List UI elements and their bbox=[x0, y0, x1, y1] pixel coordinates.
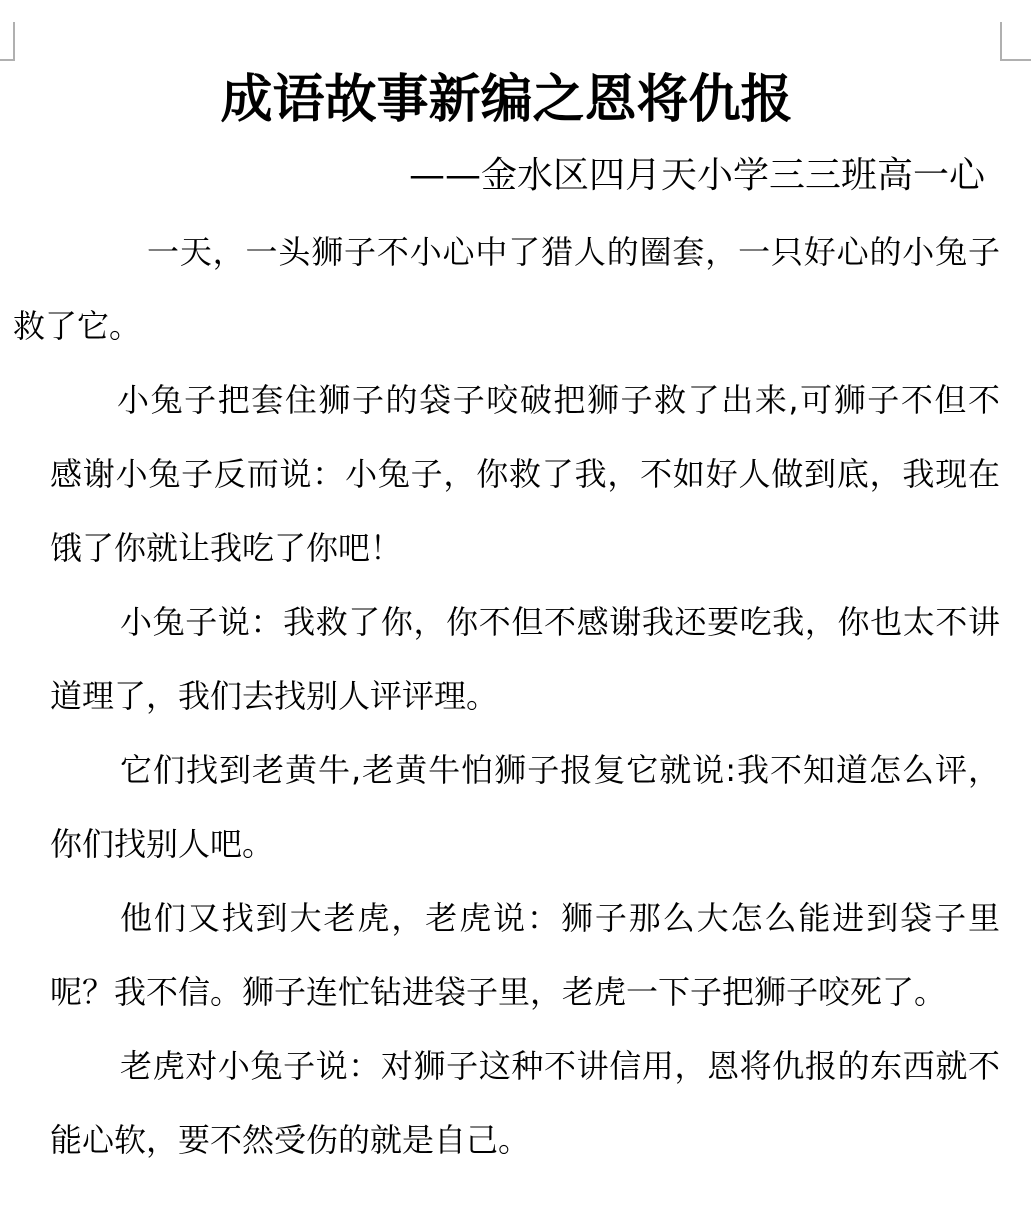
byline: ——金水区四月天小学三三班高一心 bbox=[0, 146, 985, 206]
text-line: 小兔子说：我救了你，你不但不感谢我还要吃我，你也太不讲 bbox=[0, 585, 1031, 659]
text-line: 小兔子把套住狮子的袋子咬破把狮子救了出来,可狮子不但不 bbox=[0, 363, 1031, 437]
page-title: 成语故事新编之恩将仇报 bbox=[13, 55, 1000, 145]
text-line: 你们找别人吧。 bbox=[0, 807, 1031, 881]
text-line: 他们又找到大老虎，老虎说：狮子那么大怎么能进到袋子里 bbox=[0, 881, 1031, 955]
text-line: 它们找到老黄牛,老黄牛怕狮子报复它就说:我不知道怎么评， bbox=[0, 733, 1031, 807]
text-line: 一天，一头狮子不小心中了猎人的圈套，一只好心的小兔子 bbox=[0, 215, 1031, 289]
text-line: 呢？我不信。狮子连忙钻进袋子里，老虎一下子把狮子咬死了。 bbox=[0, 955, 1031, 1029]
text-line: 能心软，要不然受伤的就是自己。 bbox=[0, 1103, 1031, 1177]
document-page: 成语故事新编之恩将仇报 ——金水区四月天小学三三班高一心 一天，一头狮子不小心中… bbox=[0, 0, 1031, 1231]
text-line: 道理了，我们去找别人评评理。 bbox=[0, 659, 1031, 733]
text-line: 救了它。 bbox=[0, 289, 1031, 363]
text-line: 感谢小兔子反而说：小兔子，你救了我，不如好人做到底，我现在 bbox=[0, 437, 1031, 511]
essay-body: 一天，一头狮子不小心中了猎人的圈套，一只好心的小兔子 救了它。 小兔子把套住狮子… bbox=[0, 215, 1031, 1177]
text-boundary-mark-right bbox=[1000, 22, 1031, 61]
text-line: 饿了你就让我吃了你吧！ bbox=[0, 511, 1031, 585]
text-line: 老虎对小兔子说：对狮子这种不讲信用，恩将仇报的东西就不 bbox=[0, 1029, 1031, 1103]
